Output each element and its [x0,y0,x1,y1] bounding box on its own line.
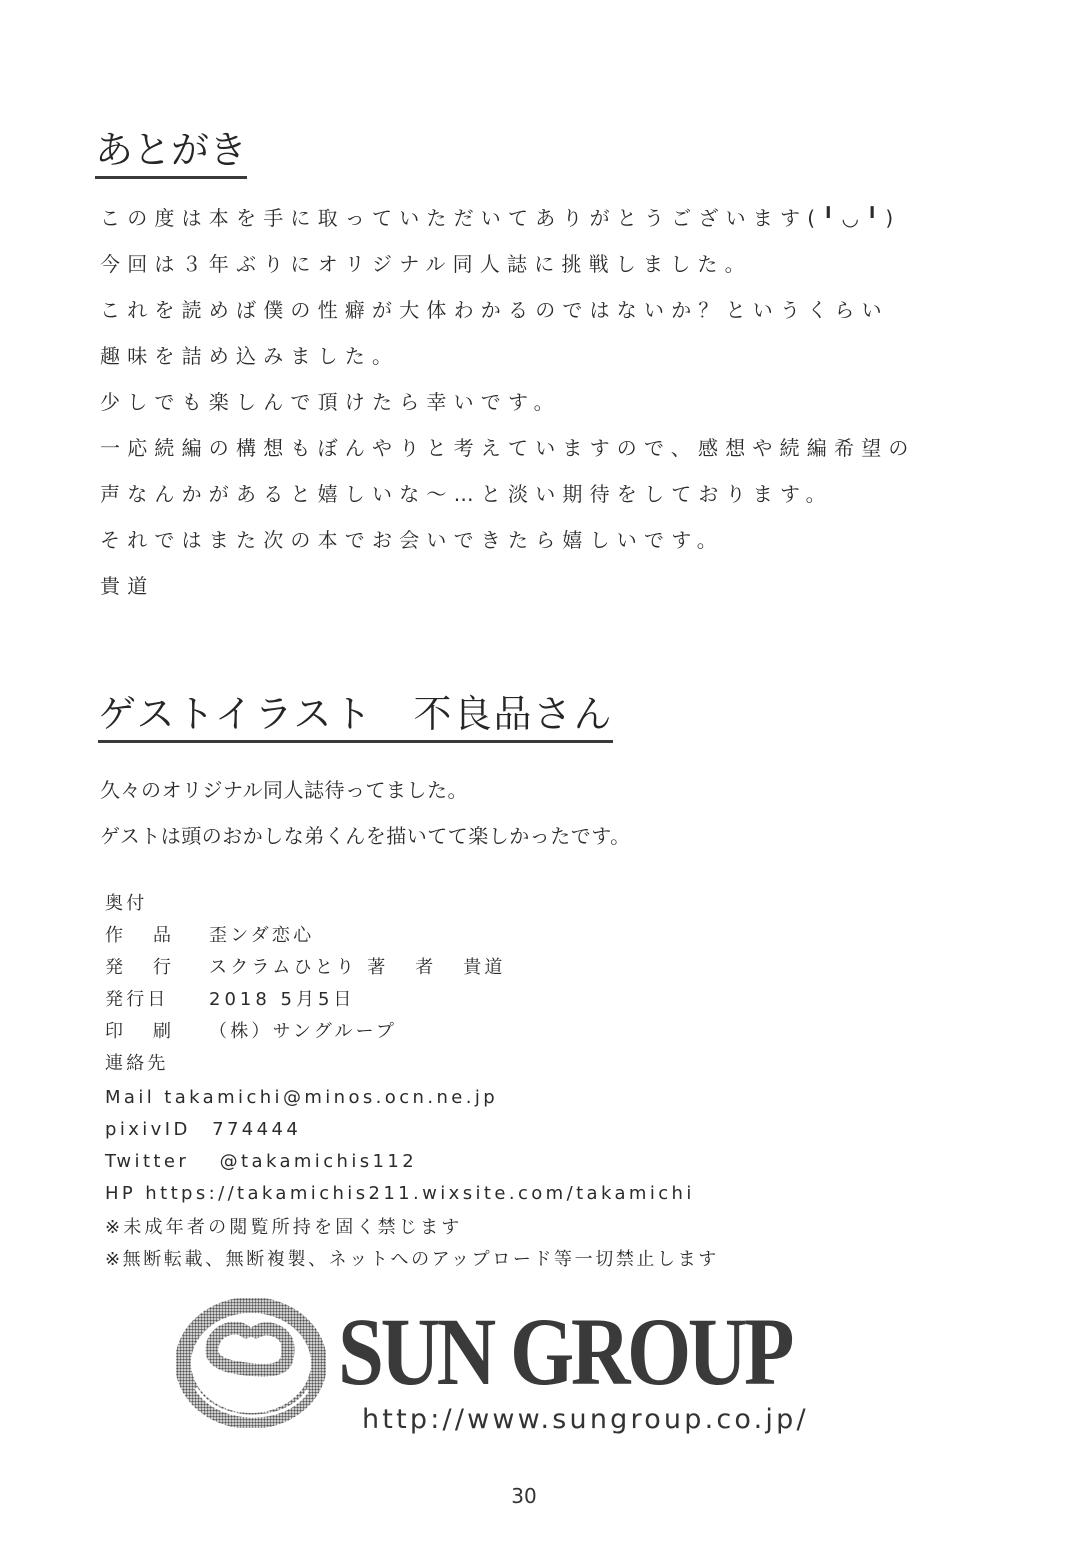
colophon-publisher-value: スクラムひとり [209,952,357,984]
afterword-line: 趣味を詰め込みました。 [100,340,399,369]
guest-heading: ゲストイラスト 不良品さん [98,690,613,743]
colophon-date-value: 2018 5月5日 [209,984,355,1016]
sun-group-emblem-icon [176,1298,326,1428]
colophon-author-label: 著者 [367,952,463,984]
afterword-line: この度は本を手に取っていただいてありがとうございます(╹◡╹) [100,202,900,231]
colophon-printer-label: 印刷 [105,1016,201,1048]
colophon-work-label: 作品 [105,920,201,952]
colophon-printer-row: 印刷（株）サングループ [105,1016,397,1048]
guest-line: ゲストは頭のおかしな弟くんを描いてて楽しかったです。 [100,820,631,849]
contact-homepage: HP https://takamichis211.wixsite.com/tak… [105,1178,695,1210]
colophon-publisher-label: 発行 [105,952,201,984]
colophon-date-row: 発行日2018 5月5日 [105,984,355,1016]
guest-line: 久々のオリジナル同人誌待ってました。 [100,774,468,803]
contact-pixiv: pixivID 774444 [105,1114,301,1146]
contact-twitter: Twitter @takamichis112 [105,1146,417,1178]
colophon-work-value: 歪ンダ恋心 [209,920,314,952]
sun-group-wordmark: SUN GROUP [338,1304,791,1400]
afterword-signature: 貴道 [100,570,154,599]
afterword-line: 声なんかがあると嬉しいな～…と淡い期待をしております。 [100,478,833,507]
sun-group-logo: SUN GROUP http://www.sungroup.co.jp/ [176,1298,896,1448]
notice-minors: ※未成年者の閲覧所持を固く禁じます [105,1212,462,1244]
sun-group-url: http://www.sungroup.co.jp/ [362,1404,809,1435]
afterword-line: 少しでも楽しんで頂けたら幸いです。 [100,386,561,415]
afterword-line: 今回は３年ぶりにオリジナル同人誌に挑戦しました。 [100,248,752,277]
colophon-printer-value: （株）サングループ [209,1016,397,1048]
colophon-date-label: 発行日 [105,984,201,1016]
page-number: 30 [0,1484,1048,1508]
notice-reproduction: ※無断転載、無断複製、ネットへのアップロード等一切禁止します [105,1244,719,1276]
colophon-contact-label: 連絡先 [105,1048,169,1080]
afterword-line: これを読めば僕の性癖が大体わかるのではないか？というくらい [100,294,889,323]
colophon-title: 奥付 [105,888,147,920]
colophon-author-value: 貴道 [463,957,505,978]
afterword-line: それではまた次の本でお会いできたら嬉しいです。 [100,524,724,553]
contact-mail: Mail takamichi@minos.ocn.ne.jp [105,1082,498,1114]
colophon-publisher-row: 発行スクラムひとり著者貴道 [105,952,506,984]
afterword-heading: あとがき [95,126,247,179]
afterword-line: 一応続編の構想もぼんやりと考えていますので、感想や続編希望の [100,432,916,461]
colophon-work-row: 作品歪ンダ恋心 [105,920,314,952]
